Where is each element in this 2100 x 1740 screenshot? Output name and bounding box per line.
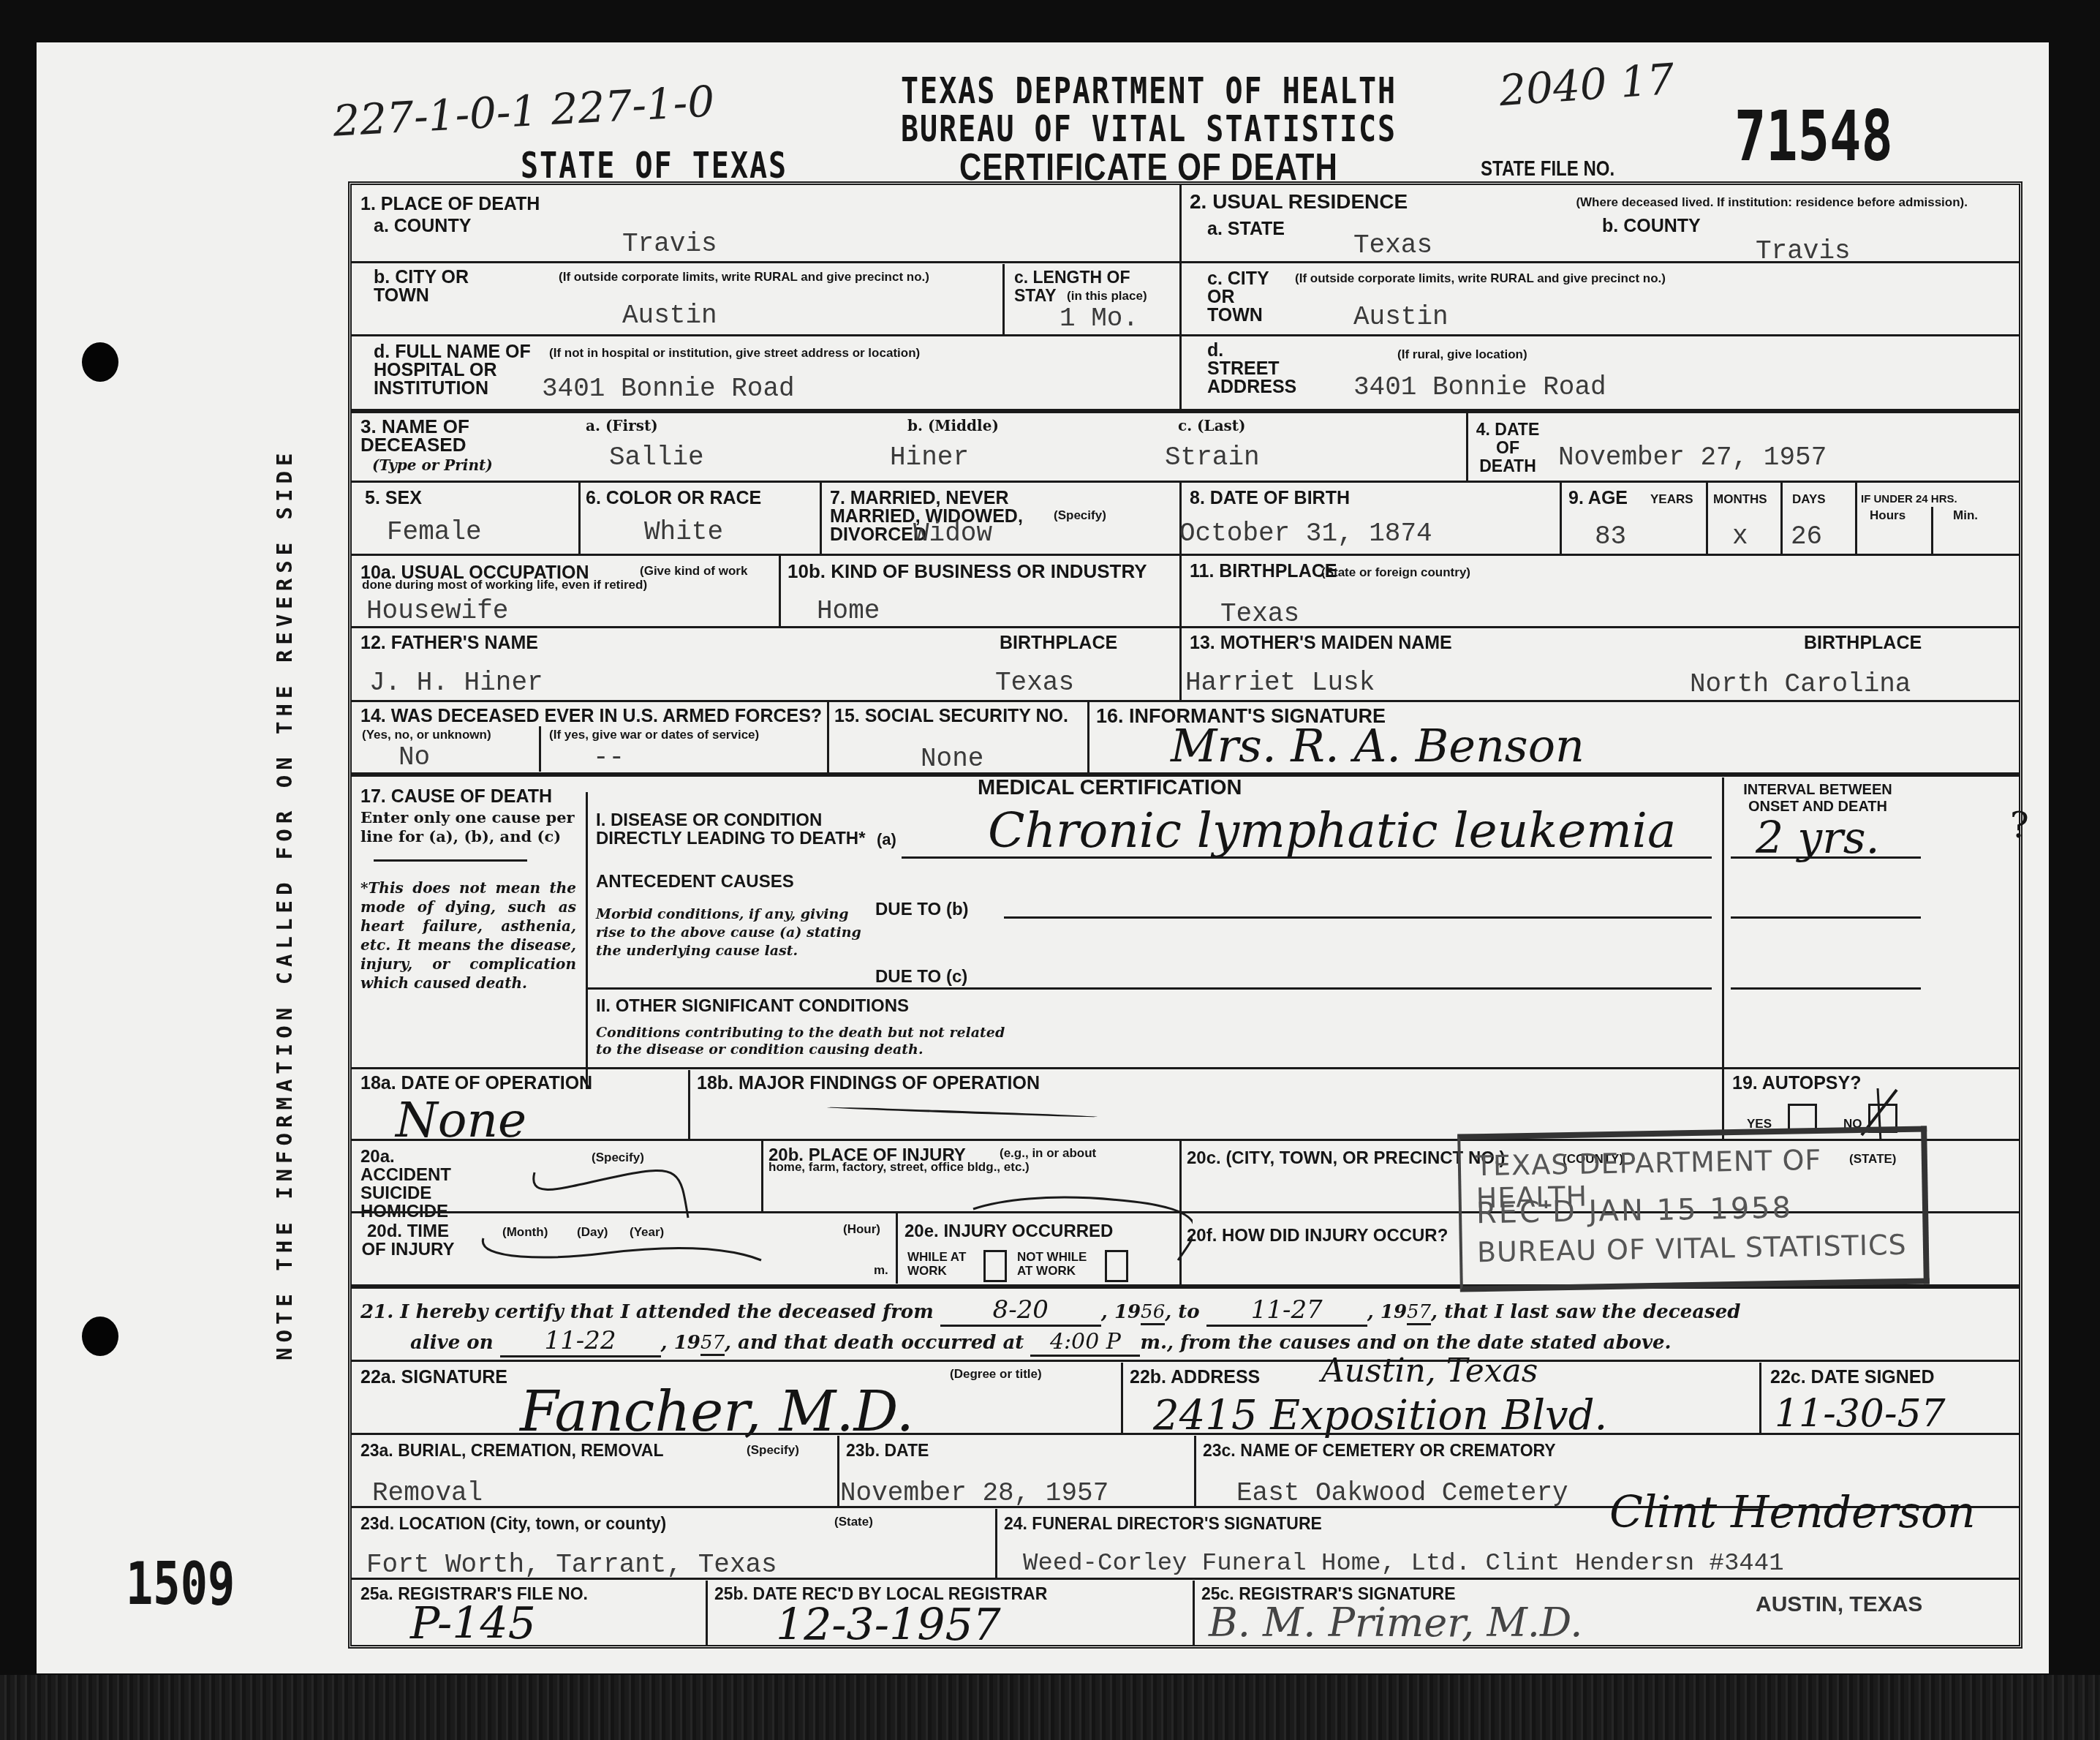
- agency-line-1: TEXAS DEPARTMENT OF HEALTH: [901, 70, 1397, 113]
- cause-footnote: *This does not mean the mode of dying, s…: [360, 878, 576, 993]
- divider: [1466, 413, 1468, 481]
- divider: [1193, 1581, 1195, 1645]
- cert-text: m., from the causes and on the date stat…: [1140, 1332, 1671, 1354]
- death-time: 4:00 P: [1030, 1329, 1140, 1357]
- cert-text: 19: [1114, 1301, 1141, 1323]
- funeral-director-signature: Clint Henderson: [1609, 1487, 1976, 1538]
- margin-question-mark: ?: [2010, 805, 2029, 846]
- operation-date-label: 18a. DATE OF OPERATION: [360, 1074, 592, 1093]
- cert-text: 19: [1381, 1301, 1407, 1323]
- cemetery-label: 23c. NAME OF CEMETERY OR CREMATORY: [1203, 1442, 1556, 1460]
- column-divider: [1179, 185, 1182, 412]
- sex-label: 5. SEX: [365, 489, 422, 508]
- state-title: STATE OF TEXAS: [521, 145, 787, 187]
- disposition-value: Removal: [372, 1478, 483, 1508]
- operation-findings-label: 18b. MAJOR FINDINGS OF OPERATION: [697, 1074, 1040, 1093]
- disposition-label: 23a. BURIAL, CREMATION, REMOVAL: [360, 1442, 663, 1460]
- divider: [1121, 1363, 1123, 1433]
- ssn-value: None: [921, 744, 983, 774]
- divider: [352, 1067, 2019, 1069]
- divider: [995, 1509, 997, 1578]
- divider: [1002, 264, 1005, 334]
- cert-text: alive on: [410, 1332, 494, 1354]
- divider: [352, 481, 2019, 483]
- divider: [1780, 483, 1783, 554]
- cause-instructions: Enter only one cause per line for (a), (…: [360, 808, 576, 846]
- armed-service-value: --: [593, 742, 624, 772]
- divider: [352, 700, 2019, 702]
- divider: [352, 1360, 2019, 1362]
- pod-city-label: b. CITY OR TOWN: [374, 268, 483, 305]
- agency-line-2: BUREAU OF VITAL STATISTICS: [901, 108, 1397, 151]
- antecedent-hint: Morbid conditions, if any, giving rise t…: [596, 905, 870, 960]
- divider: [1179, 483, 1182, 702]
- informant-signature: Mrs. R. A. Benson: [1171, 719, 1585, 772]
- middle-name-value: Hiner: [890, 442, 969, 472]
- armed-service-hint: (If yes, give war or dates of service): [549, 728, 759, 742]
- divider: [1560, 483, 1562, 554]
- race-value: White: [644, 517, 723, 547]
- autopsy-label: 19. AUTOPSY?: [1732, 1074, 1861, 1093]
- divider: [352, 1433, 2019, 1435]
- father-name-value: J. H. Hiner: [369, 668, 543, 698]
- dob-value: October 31, 1874: [1179, 519, 1432, 549]
- res-state-value: Texas: [1353, 230, 1432, 260]
- due-to-b-line: [1004, 916, 1712, 919]
- divider: [352, 1578, 2019, 1580]
- occupation-value: Housewife: [366, 596, 508, 626]
- father-birthplace-value: Texas: [995, 668, 1074, 698]
- age-months-label: MONTHS: [1713, 492, 1767, 506]
- armed-forces-hint: (Yes, no, or unknown): [362, 728, 491, 742]
- pod-county-value: Travis: [622, 229, 717, 259]
- how-injury-label: 20f. HOW DID INJURY OCCUR?: [1187, 1227, 1448, 1245]
- due-to-c-label: DUE TO (c): [875, 968, 967, 986]
- pod-hospital-hint: (If not in hospital or institution, give…: [549, 346, 920, 360]
- cause-of-death-label: 17. CAUSE OF DEATH: [360, 788, 552, 806]
- divider: [374, 859, 527, 862]
- divider: [352, 261, 1179, 263]
- last-seen-year: 57: [700, 1332, 725, 1356]
- divider: [1706, 483, 1708, 554]
- dash-marks-icon: [418, 1150, 1193, 1268]
- interval-line: [1731, 987, 1921, 990]
- place-of-death-label: 1. PLACE OF DEATH: [360, 195, 540, 214]
- mother-name-value: Harriet Lusk: [1185, 668, 1375, 698]
- cause-a-handwritten: Chronic lymphatic leukemia: [988, 802, 1676, 859]
- location-state-label: (State): [834, 1515, 873, 1529]
- res-state-label: a. STATE: [1207, 220, 1285, 238]
- attended-to-year: 57: [1407, 1301, 1431, 1325]
- divider: [820, 483, 822, 554]
- ssn-label: 15. SOCIAL SECURITY NO.: [834, 707, 1068, 726]
- divider: [827, 702, 829, 772]
- age-days-value: 26: [1791, 521, 1822, 551]
- death-certificate-form: 1. PLACE OF DEATH a. COUNTY Travis b. CI…: [348, 181, 2022, 1649]
- date-signed-value: 11-30-57: [1775, 1392, 1946, 1436]
- physician-address-label: 22b. ADDRESS: [1130, 1368, 1260, 1387]
- pod-stay-hint: (in this place): [1067, 289, 1147, 303]
- divider: [539, 726, 541, 772]
- sex-value: Female: [387, 517, 482, 547]
- divider: [352, 626, 2019, 628]
- usual-residence-label: 2. USUAL RESIDENCE: [1190, 192, 1408, 211]
- divider: [1722, 1070, 1724, 1139]
- occupation-hint: (Give kind of work done during most of w…: [362, 564, 771, 592]
- interval-line: [1731, 916, 1921, 919]
- age-years-label: YEARS: [1650, 492, 1693, 506]
- date-of-death-value: November 27, 1957: [1558, 442, 1827, 472]
- location-label: 23d. LOCATION (City, town, or county): [360, 1515, 666, 1533]
- first-name-value: Sallie: [609, 442, 704, 472]
- min-label: Min.: [1953, 508, 1978, 522]
- cert-text: and that death occurred at: [738, 1332, 1024, 1354]
- res-street-hint: (If rural, give location): [1397, 347, 1527, 361]
- cert-text: to: [1178, 1301, 1199, 1323]
- pod-county-label: a. COUNTY: [374, 217, 471, 236]
- date-signed-label: 22c. DATE SIGNED: [1770, 1368, 1935, 1387]
- part2-label: II. OTHER SIGNIFICANT CONDITIONS: [596, 997, 909, 1015]
- punch-hole: [82, 1317, 118, 1356]
- date-received-value: 12-3-1957: [776, 1600, 1001, 1651]
- under-24-label: IF UNDER 24 HRS.: [1861, 492, 1957, 506]
- armed-forces-label: 14. WAS DECEASED EVER IN U.S. ARMED FORC…: [360, 707, 822, 726]
- res-city-hint: (If outside corporate limits, write RURA…: [1295, 271, 1666, 285]
- pod-city-value: Austin: [622, 301, 717, 331]
- name-hint: (Type or Print): [372, 456, 493, 475]
- pod-city-hint: (If outside corporate limits, write RURA…: [483, 270, 929, 284]
- age-label: 9. AGE: [1568, 489, 1628, 508]
- last-name-value: Strain: [1165, 442, 1260, 472]
- burial-date-label: 23b. DATE: [846, 1442, 929, 1460]
- attended-from-year: 56: [1141, 1301, 1165, 1325]
- funeral-director-label: 24. FUNERAL DIRECTOR'S SIGNATURE: [1004, 1515, 1322, 1533]
- punch-hole: [82, 342, 118, 382]
- hours-label: Hours: [1870, 508, 1906, 522]
- registrar-signature: B. M. Primer, M.D.: [1209, 1600, 1582, 1646]
- res-street-value: 3401 Bonnie Road: [1353, 372, 1606, 402]
- name-label: 3. NAME OF DECEASED: [360, 418, 507, 454]
- divider: [578, 483, 581, 554]
- interval-label: INTERVAL BETWEEN ONSET AND DEATH: [1726, 782, 1909, 816]
- first-name-label: a. (First): [586, 416, 658, 435]
- due-to-b-label: DUE TO (b): [875, 900, 969, 919]
- divider: [1182, 334, 2019, 336]
- state-file-number: 71548: [1734, 97, 1893, 176]
- age-months-value: x: [1732, 521, 1748, 551]
- stamp-line-3: BUREAU OF VITAL STATISTICS: [1477, 1229, 1907, 1268]
- divider: [837, 1436, 839, 1506]
- physician-signature-label: 22a. SIGNATURE: [360, 1368, 507, 1387]
- interval-line: [1731, 856, 1921, 859]
- disposition-hint: (Specify): [747, 1443, 799, 1457]
- marital-value: Widow: [913, 519, 992, 549]
- divider: [1855, 483, 1857, 554]
- divider: [1182, 261, 2019, 263]
- state-file-label: STATE FILE NO.: [1481, 157, 1614, 182]
- birthplace-label: 11. BIRTHPLACE: [1190, 562, 1337, 581]
- res-city-label: c. CITY OR TOWN: [1207, 270, 1288, 325]
- race-label: 6. COLOR OR RACE: [586, 489, 761, 508]
- burial-date-value: November 28, 1957: [840, 1478, 1108, 1508]
- age-years-value: 83: [1595, 521, 1626, 551]
- last-seen-alive: 11-22: [500, 1326, 661, 1357]
- reverse-side-note: NOTE THE INFORMATION CALLED FOR ON THE R…: [272, 410, 297, 1360]
- middle-name-label: b. (Middle): [907, 416, 999, 435]
- dash-mark: [827, 1107, 1098, 1118]
- res-city-value: Austin: [1353, 302, 1449, 332]
- res-street-label: d. STREET ADDRESS: [1207, 342, 1295, 396]
- business-label: 10b. KIND OF BUSINESS OR INDUSTRY: [787, 562, 1147, 581]
- pod-hospital-label: d. FULL NAME OF HOSPITAL OR INSTITUTION: [374, 343, 535, 398]
- registrar-location: AUSTIN, TEXAS: [1756, 1595, 1922, 1613]
- due-to-c-line: [586, 987, 1712, 990]
- cert-text: that I last saw the deceased: [1444, 1301, 1740, 1323]
- cause-a-line: [902, 856, 1712, 859]
- attended-to: 11-27: [1206, 1295, 1367, 1327]
- armed-forces-value: No: [399, 742, 430, 772]
- degree-label: (Degree or title): [950, 1367, 1042, 1381]
- cert-text: 21. I hereby certify that I attended the…: [360, 1301, 934, 1323]
- date-of-death-label: 4. DATE OF DEATH: [1475, 421, 1541, 475]
- mother-birthplace-label: BIRTHPLACE: [1804, 634, 1922, 652]
- pod-stay-value: 1 Mo.: [1060, 304, 1138, 334]
- res-county-label: b. COUNTY: [1602, 217, 1701, 236]
- pod-hospital-value: 3401 Bonnie Road: [542, 374, 795, 404]
- divider: [1931, 507, 1933, 554]
- part2-hint: Conditions contributing to the death but…: [596, 1025, 1005, 1058]
- margin-number: 1509: [126, 1549, 235, 1619]
- birthplace-hint: (State or foreign country): [1321, 565, 1470, 579]
- cause-a-label: (a): [877, 830, 896, 848]
- funeral-director-value: Weed-Corley Funeral Home, Ltd. Clint Hen…: [1023, 1550, 1784, 1578]
- dob-label: 8. DATE OF BIRTH: [1190, 489, 1350, 508]
- divider: [1759, 1363, 1761, 1433]
- physician-address-line1: Austin, Texas: [1321, 1352, 1538, 1390]
- divider: [1194, 1436, 1196, 1506]
- divider: [1087, 702, 1089, 772]
- divider: [352, 334, 1179, 336]
- scan-edge-strip: [0, 1675, 2100, 1740]
- divider: [352, 554, 2019, 556]
- divider: [706, 1581, 708, 1645]
- divider: [586, 792, 588, 1089]
- certification-line-1: 21. I hereby certify that I attended the…: [360, 1295, 1740, 1327]
- part1-label: I. DISEASE OR CONDITION DIRECTLY LEADING…: [596, 811, 903, 848]
- divider: [352, 409, 2019, 413]
- registrar-file-value: P-145: [410, 1598, 536, 1649]
- mother-birthplace-value: North Carolina: [1690, 669, 1911, 699]
- cert-text: 19: [674, 1332, 700, 1354]
- divider: [688, 1070, 690, 1139]
- birthplace-value: Texas: [1220, 599, 1299, 629]
- divider: [1722, 777, 1724, 1089]
- medical-certification-title: MEDICAL CERTIFICATION: [978, 779, 1242, 797]
- received-stamp: TEXAS DEPARTMENT OF HEALTH REC'D JAN 15 …: [1457, 1126, 1930, 1292]
- divider: [779, 556, 781, 626]
- stamp-line-2: REC'D JAN 15 1958: [1476, 1191, 1794, 1231]
- last-name-label: c. (Last): [1178, 416, 1246, 435]
- cemetery-value: East Oakwood Cemetery: [1236, 1478, 1568, 1508]
- antecedent-label: ANTECEDENT CAUSES: [596, 873, 794, 891]
- father-birthplace-label: BIRTHPLACE: [1000, 634, 1117, 652]
- residence-hint: (Where deceased lived. If institution: r…: [1390, 195, 1968, 209]
- mother-name-label: 13. MOTHER'S MAIDEN NAME: [1190, 634, 1452, 652]
- location-value: Fort Worth, Tarrant, Texas: [366, 1550, 777, 1580]
- age-days-label: DAYS: [1792, 492, 1826, 506]
- father-name-label: 12. FATHER'S NAME: [360, 634, 538, 652]
- attended-from: 8-20: [940, 1295, 1101, 1327]
- business-value: Home: [817, 596, 880, 626]
- marital-hint: (Specify): [1054, 508, 1106, 522]
